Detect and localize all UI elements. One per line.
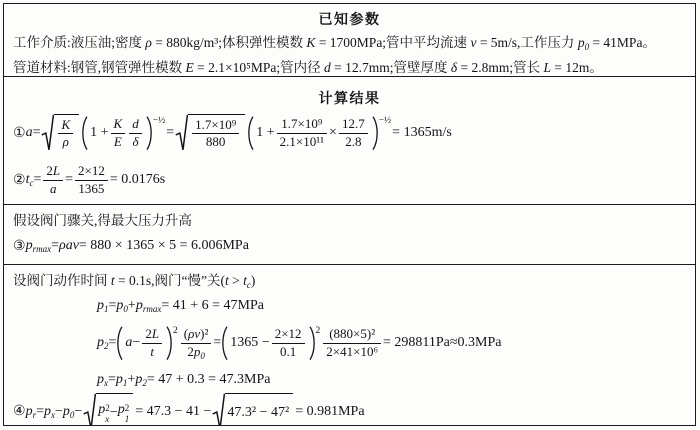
formula-row: ① a = Kρ1 + KEdδ−½ = 1.7×10⁹8801 + 1.7×1… <box>13 108 686 158</box>
formula-row: px = p1 + p2 = 47 + 0.3 = 47.3MPa <box>97 367 686 393</box>
radical-sign-icon <box>41 114 54 151</box>
radical-sign-icon <box>83 393 96 425</box>
radical-sign-icon <box>212 393 225 425</box>
scanned-document-page: 已知参数 工作介质:液压油;密度 ρ = 880kg/m³;体积弹性模数 K =… <box>0 0 700 430</box>
text-row: 设阀门动作时间 t = 0.1s,阀门“慢”关(t > tc) <box>13 269 686 293</box>
known-parameters-rows: 工作介质:液压油;密度 ρ = 880kg/m³;体积弹性模数 K = 1700… <box>13 31 686 77</box>
formula-row: p2 = a − 2Lt2(ρv)²2p0 = 1365 − 2×120.12(… <box>97 319 686 367</box>
calculation-results-header: 计算结果 <box>13 88 686 108</box>
text-row: 工作介质:液压油;密度 ρ = 880kg/m³;体积弹性模数 K = 1700… <box>13 31 686 56</box>
section-calculation-results: 计算结果 ① a = Kρ1 + KEdδ−½ = 1.7×10⁹8801 + … <box>4 77 695 205</box>
close-paren-icon <box>309 326 315 360</box>
formula-row: ④ pr = px − p0 − p2x − p21 = 47.3 − 41 −… <box>13 393 686 425</box>
section-slow-valve-closure: 设阀门动作时间 t = 0.1s,阀门“慢”关(t > tc)p1 = p0 +… <box>4 265 695 425</box>
hydraulic-calculation-table: 已知参数 工作介质:液压油;密度 ρ = 880kg/m³;体积弹性模数 K =… <box>3 3 696 426</box>
sudden-valve-closure-rows: 假设阀门骤关,得最大压力升高③ prmax = ρav = 880 × 1365… <box>13 210 686 260</box>
formula-row: p1 = p0 + prmax = 41 + 6 = 47MPa <box>97 293 686 319</box>
text-row: 管道材料:钢管,钢管弹性模数 E = 2.1×10⁵MPa;管内径 d = 12… <box>13 56 686 78</box>
known-parameters-header: 已知参数 <box>13 9 686 29</box>
section-known-parameters: 已知参数 工作介质:液压油;密度 ρ = 880kg/m³;体积弹性模数 K =… <box>4 4 695 77</box>
calculation-results-rows: ① a = Kρ1 + KEdδ−½ = 1.7×10⁹8801 + 1.7×1… <box>13 108 686 202</box>
close-paren-icon <box>372 116 378 150</box>
section-sudden-valve-closure: 假设阀门骤关,得最大压力升高③ prmax = ρav = 880 × 1365… <box>4 205 695 265</box>
radical-sign-icon <box>175 114 188 151</box>
close-paren-icon <box>146 116 152 150</box>
formula-row: ③ prmax = ρav = 880 × 1365 × 5 = 6.006MP… <box>13 232 686 260</box>
close-paren-icon <box>166 326 172 360</box>
slow-valve-closure-rows: 设阀门动作时间 t = 0.1s,阀门“慢”关(t > tc)p1 = p0 +… <box>13 269 686 425</box>
formula-row: ② tc = 2La = 2×121365 = 0.0176s <box>13 158 686 202</box>
text-row: 假设阀门骤关,得最大压力升高 <box>13 210 686 232</box>
